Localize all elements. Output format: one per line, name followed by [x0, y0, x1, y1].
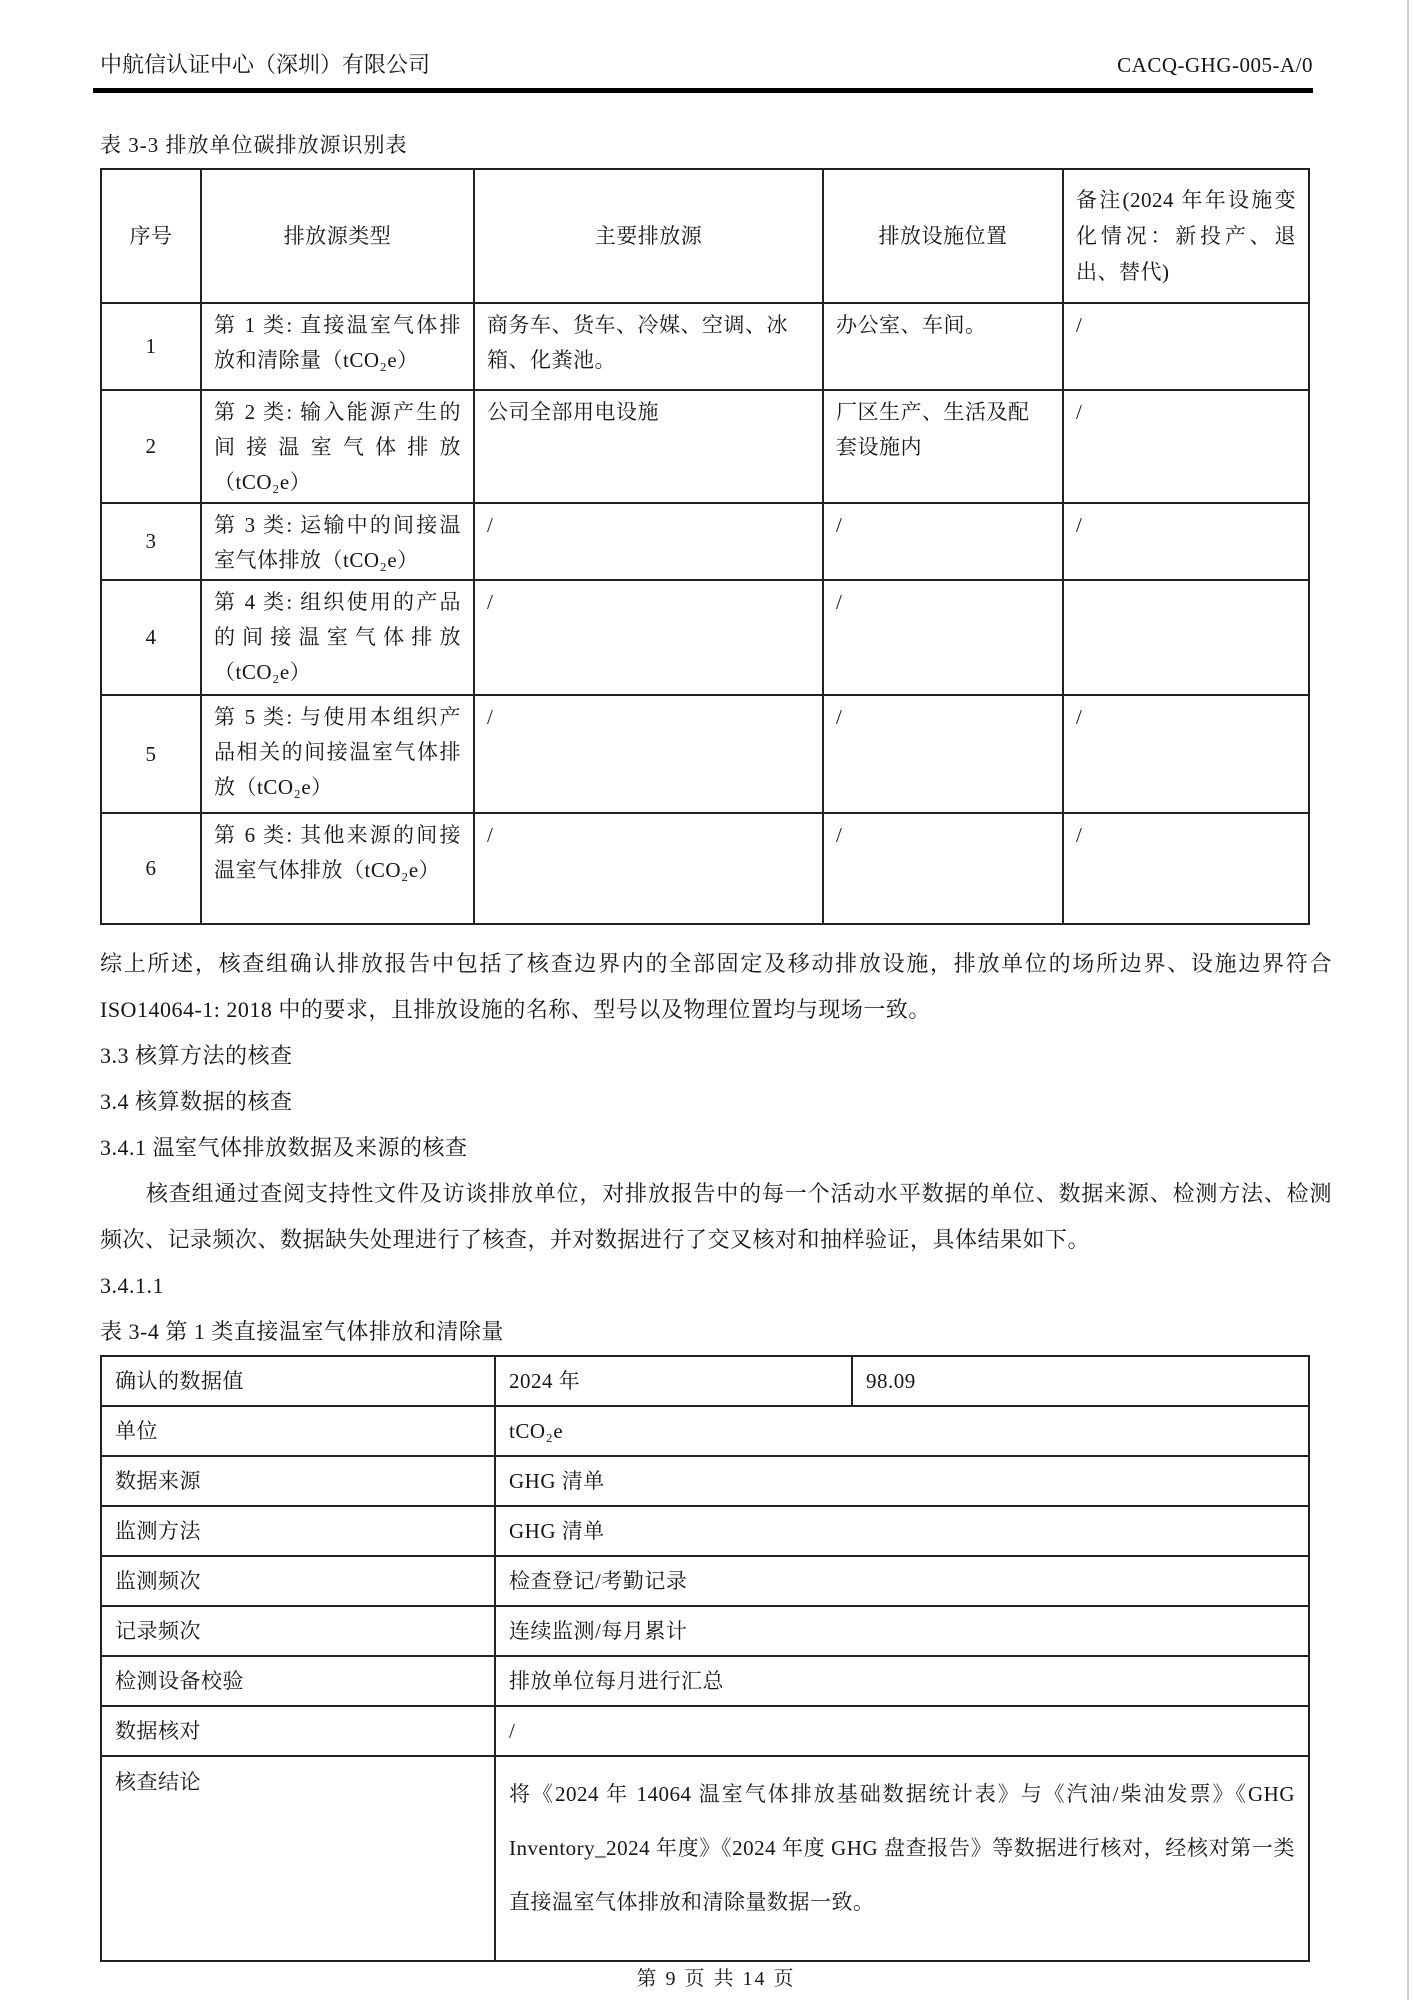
row-value: 98.09 [852, 1356, 1309, 1406]
row-no: 5 [101, 695, 201, 813]
table-row: 监测方法 GHG 清单 [101, 1506, 1309, 1556]
row-location: 厂区生产、生活及配套设施内 [823, 390, 1063, 503]
row-value: GHG 清单 [495, 1506, 1309, 1556]
table-row: 记录频次 连续监测/每月累计 [101, 1606, 1309, 1656]
row-no: 4 [101, 580, 201, 695]
row-value: GHG 清单 [495, 1456, 1309, 1506]
section-heading-3-4-1-1: 3.4.1.1 [100, 1263, 1332, 1309]
row-label: 单位 [101, 1406, 495, 1456]
row-note: / [1063, 695, 1309, 813]
row-source: 公司全部用电设施 [474, 390, 823, 503]
row-value: 连续监测/每月累计 [495, 1606, 1309, 1656]
row-no: 1 [101, 303, 201, 390]
section-heading-3-4-1: 3.4.1 温室气体排放数据及来源的核查 [100, 1125, 1332, 1171]
row-location: / [823, 580, 1063, 695]
table-row: 2 第 2 类: 输入能源产生的间接温室气体排放（tCO₂e） 公司全部用电设施… [101, 390, 1309, 503]
table-row: 核查结论 将《2024 年 14064 温室气体排放基础数据统计表》与《汽油/柴… [101, 1756, 1309, 1961]
row-no: 6 [101, 813, 201, 924]
row-location: / [823, 695, 1063, 813]
data-verification-table: 确认的数据值 2024 年 98.09 单位 tCO₂e 数据来源 GHG 清单… [100, 1355, 1310, 1962]
row-source: / [474, 580, 823, 695]
row-note: / [1063, 390, 1309, 503]
table-row: 单位 tCO₂e [101, 1406, 1309, 1456]
table-row: 6 第 6 类: 其他来源的间接温室气体排放（tCO₂e） / / / [101, 813, 1309, 924]
body-section: 综上所述，核查组确认排放报告中包括了核查边界内的全部固定及移动排放设施，排放单位… [100, 941, 1332, 1355]
row-location: 办公室、车间。 [823, 303, 1063, 390]
table-header-row: 序号 排放源类型 主要排放源 排放设施位置 备注(2024 年年设施变化情况：新… [101, 169, 1309, 303]
summary-paragraph: 综上所述，核查组确认排放报告中包括了核查边界内的全部固定及移动排放设施，排放单位… [100, 941, 1332, 1033]
col-header-facility-location: 排放设施位置 [823, 169, 1063, 303]
method-paragraph: 核查组通过查阅支持性文件及访谈排放单位，对排放报告中的每一个活动水平数据的单位、… [100, 1171, 1332, 1263]
row-type: 第 2 类: 输入能源产生的间接温室气体排放（tCO₂e） [201, 390, 474, 503]
row-label: 确认的数据值 [101, 1356, 495, 1406]
row-value: / [495, 1706, 1309, 1756]
row-note [1063, 580, 1309, 695]
row-value: tCO₂e [495, 1406, 1309, 1456]
table-row: 4 第 4 类: 组织使用的产品的间接温室气体排放（tCO₂e） / / [101, 580, 1309, 695]
row-note: / [1063, 303, 1309, 390]
header-rule [93, 88, 1313, 93]
row-label: 记录频次 [101, 1606, 495, 1656]
company-name: 中航信认证中心（深圳）有限公司 [100, 50, 430, 80]
row-type: 第 5 类: 与使用本组织产品相关的间接温室气体排放（tCO₂e） [201, 695, 474, 813]
row-note: / [1063, 813, 1309, 924]
table-3-3-title: 表 3-3 排放单位碳排放源识别表 [100, 130, 1332, 160]
col-header-no: 序号 [101, 169, 201, 303]
section-heading-3-4: 3.4 核算数据的核查 [100, 1079, 1332, 1125]
table-3-4-title: 表 3-4 第 1 类直接温室气体排放和清除量 [100, 1309, 1332, 1355]
row-label: 检测设备校验 [101, 1656, 495, 1706]
table-row: 检测设备校验 排放单位每月进行汇总 [101, 1656, 1309, 1706]
row-label: 核查结论 [101, 1756, 495, 1961]
row-label: 监测方法 [101, 1506, 495, 1556]
col-header-source-type: 排放源类型 [201, 169, 474, 303]
row-note: / [1063, 503, 1309, 580]
table-row: 数据来源 GHG 清单 [101, 1456, 1309, 1506]
row-value: 将《2024 年 14064 温室气体排放基础数据统计表》与《汽油/柴油发票》《… [495, 1756, 1309, 1961]
row-source: / [474, 813, 823, 924]
section-heading-3-3: 3.3 核算方法的核查 [100, 1033, 1332, 1079]
row-location: / [823, 813, 1063, 924]
page-footer: 第 9 页 共 14 页 [100, 1966, 1332, 1992]
table-row: 数据核对 / [101, 1706, 1309, 1756]
document-header: 中航信认证中心（深圳）有限公司 CACQ-GHG-005-A/0 [100, 50, 1313, 80]
row-label: 数据核对 [101, 1706, 495, 1756]
document-page: 中航信认证中心（深圳）有限公司 CACQ-GHG-005-A/0 表 3-3 排… [0, 0, 1414, 2000]
row-no: 3 [101, 503, 201, 580]
row-source: 商务车、货车、冷媒、空调、冰箱、化粪池。 [474, 303, 823, 390]
row-type: 第 1 类: 直接温室气体排放和清除量（tCO₂e） [201, 303, 474, 390]
row-type: 第 3 类: 运输中的间接温室气体排放（tCO₂e） [201, 503, 474, 580]
emission-source-table: 序号 排放源类型 主要排放源 排放设施位置 备注(2024 年年设施变化情况：新… [100, 168, 1310, 925]
doc-code: CACQ-GHG-005-A/0 [1117, 50, 1313, 80]
row-year: 2024 年 [495, 1356, 852, 1406]
row-type: 第 4 类: 组织使用的产品的间接温室气体排放（tCO₂e） [201, 580, 474, 695]
row-value: 排放单位每月进行汇总 [495, 1656, 1309, 1706]
row-location: / [823, 503, 1063, 580]
scan-edge-artifact [1407, 0, 1409, 2000]
table-row: 监测频次 检查登记/考勤记录 [101, 1556, 1309, 1606]
row-label: 数据来源 [101, 1456, 495, 1506]
table-row: 3 第 3 类: 运输中的间接温室气体排放（tCO₂e） / / / [101, 503, 1309, 580]
row-source: / [474, 503, 823, 580]
row-source: / [474, 695, 823, 813]
table-row: 5 第 5 类: 与使用本组织产品相关的间接温室气体排放（tCO₂e） / / … [101, 695, 1309, 813]
col-header-note: 备注(2024 年年设施变化情况：新投产、退出、替代) [1063, 169, 1309, 303]
col-header-main-source: 主要排放源 [474, 169, 823, 303]
row-no: 2 [101, 390, 201, 503]
table-row: 1 第 1 类: 直接温室气体排放和清除量（tCO₂e） 商务车、货车、冷媒、空… [101, 303, 1309, 390]
row-type: 第 6 类: 其他来源的间接温室气体排放（tCO₂e） [201, 813, 474, 924]
row-label: 监测频次 [101, 1556, 495, 1606]
row-value: 检查登记/考勤记录 [495, 1556, 1309, 1606]
table-row: 确认的数据值 2024 年 98.09 [101, 1356, 1309, 1406]
